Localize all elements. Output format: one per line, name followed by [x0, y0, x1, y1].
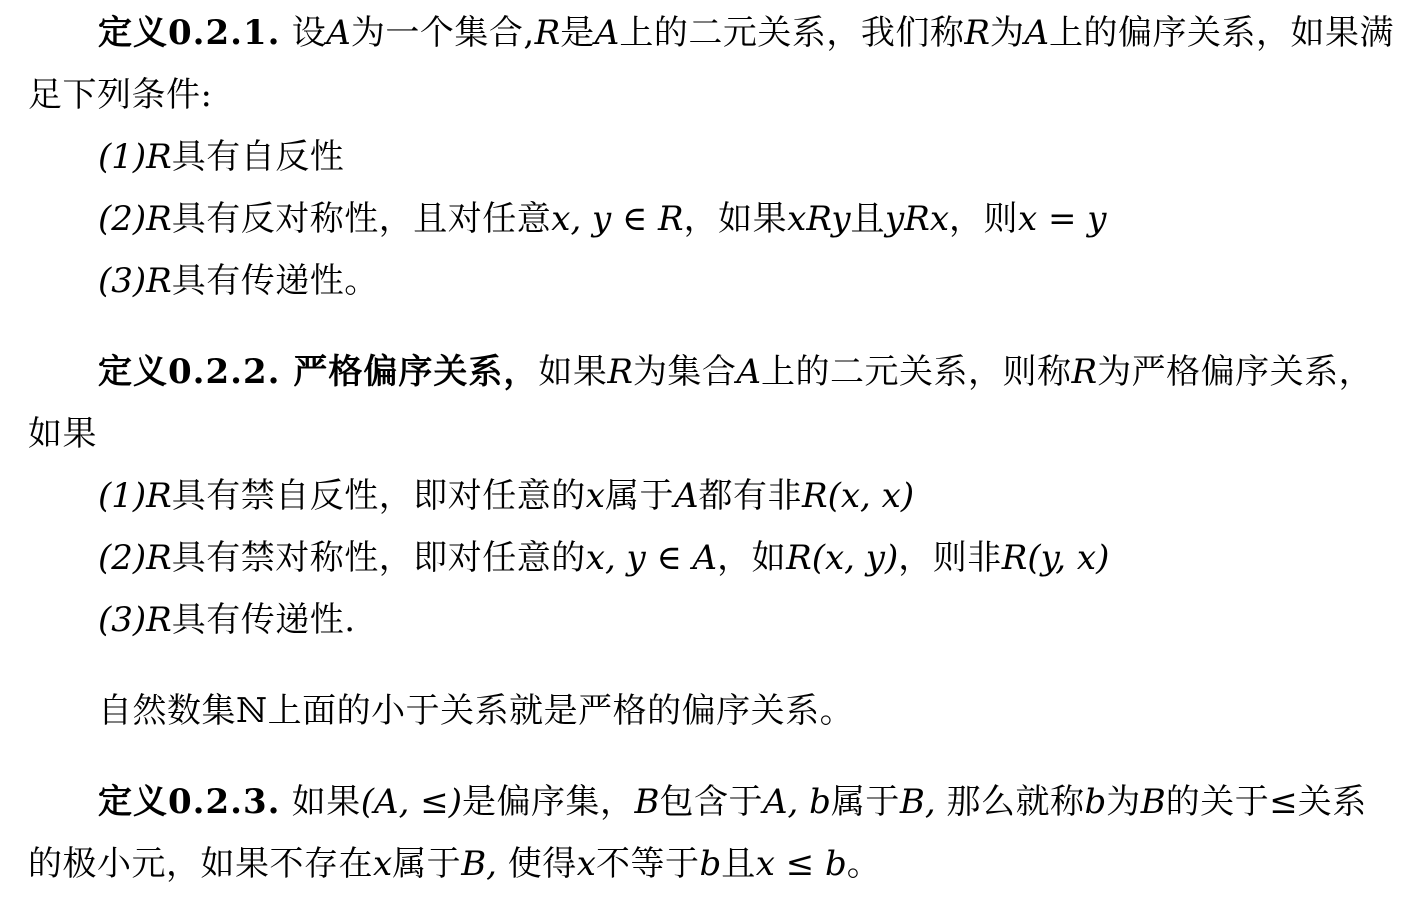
text-segment-math: xRy [787, 199, 850, 239]
text-segment-normal: 都有非 [699, 476, 803, 516]
text-segment-normal: 具有传递性. [172, 600, 356, 640]
text-segment-normal: ，则非 [898, 538, 1002, 578]
text-segment-math: x [373, 844, 392, 884]
text-segment-math: b [699, 844, 721, 884]
document: 定义0.2.1. 设A为一个集合,R是A上的二元关系，我们称R为A上的偏序关系，… [0, 0, 1419, 905]
text-segment-math: R [1072, 352, 1098, 392]
text-segment-normal: ，如 [717, 538, 786, 578]
text-segment-math: (1)R [98, 476, 172, 516]
text-segment-bold: 定义0.2.3. [98, 782, 280, 822]
text-segment-normal: 具有自反性 [172, 137, 345, 177]
text-segment-math: B, [900, 782, 947, 822]
text-segment-math: (3)R [98, 261, 172, 301]
text-segment-normal: 自然数集ℕ上面的小于关系就是严格的偏序关系。 [98, 691, 854, 731]
text-segment-normal: ，如果 [684, 199, 788, 239]
text-segment-math: A [736, 352, 761, 392]
text-segment-math: R [964, 13, 990, 53]
text-segment-math: (1)R [98, 137, 172, 177]
text-segment-math: B [634, 782, 659, 822]
text-segment-normal: 上的二元关系，我们称 [619, 13, 964, 53]
text-segment-normal: 不等于 [596, 844, 700, 884]
text-segment-normal: 使得 [508, 844, 577, 884]
text-segment-normal: 具有禁自反性，即对任意的 [172, 476, 586, 516]
def2-condition-1: (1)R具有禁自反性，即对任意的x属于A都有非R(x, x) [28, 465, 1394, 527]
text-segment-normal: 包含于 [659, 782, 763, 822]
text-segment-math: (3)R [98, 600, 172, 640]
text-segment-math: A [326, 13, 351, 53]
def1-condition-2: (2)R具有反对称性，且对任意x, y ∈ R，如果xRy且yRx，则x = y [28, 188, 1394, 250]
text-segment-normal: 是偏序集， [462, 782, 635, 822]
text-segment-math: yRx [885, 199, 949, 239]
text-segment-normal: 设 [280, 13, 326, 53]
text-segment-normal: 属于 [392, 844, 461, 884]
text-segment-normal: 具有反对称性，且对任意 [172, 199, 552, 239]
text-segment-normal: 的关于 [1166, 782, 1270, 822]
text-segment-math: x [586, 476, 605, 516]
text-segment-math: (A, ≤) [361, 782, 462, 822]
definition-0-2-2: 定义0.2.2. 严格偏序关系，如果R为集合A上的二元关系，则称R为严格偏序关系… [28, 341, 1394, 465]
text-segment-math: R [607, 352, 633, 392]
text-segment-normal: 为一个集合, [351, 13, 535, 53]
text-segment-math: A [674, 476, 699, 516]
text-segment-math: x, y ∈ R [551, 199, 683, 239]
definition-0-2-3: 定义0.2.3. 如果(A, ≤)是偏序集，B包含于A, b属于B, 那么就称b… [28, 771, 1394, 895]
text-segment-math: ≤ [1269, 782, 1298, 822]
text-segment-normal: 那么就称 [947, 782, 1085, 822]
text-segment-normal: ，则 [949, 199, 1018, 239]
document-content: 定义0.2.1. 设A为一个集合,R是A上的二元关系，我们称R为A上的偏序关系，… [28, 2, 1394, 895]
text-segment-normal: 且 [721, 844, 756, 884]
text-segment-math: R(y, x) [1002, 538, 1110, 578]
page: { "page": { "background": "#ffffff", "te… [0, 0, 1419, 905]
text-segment-math: R [535, 13, 561, 53]
text-segment-normal: 具有禁对称性，即对任意的 [172, 538, 586, 578]
text-segment-normal: 如果 [538, 352, 607, 392]
text-segment-normal: 是 [560, 13, 595, 53]
text-segment-math: R(x, x) [802, 476, 914, 516]
text-segment-normal: 为 [1106, 782, 1141, 822]
text-segment-math: A, [763, 782, 809, 822]
remark-natural-numbers: 自然数集ℕ上面的小于关系就是严格的偏序关系。 [28, 680, 1394, 742]
text-segment-math: x [577, 844, 596, 884]
text-segment-math: x, y ∈ A [586, 538, 717, 578]
text-segment-math: B [1141, 782, 1166, 822]
text-segment-normal: 具有传递性。 [172, 261, 379, 301]
text-segment-normal: 。 [847, 844, 882, 884]
text-segment-math: (2)R [98, 538, 172, 578]
text-segment-math: b [1085, 782, 1107, 822]
text-segment-normal: 属于 [605, 476, 674, 516]
text-segment-math: A [1024, 13, 1049, 53]
definition-0-2-1: 定义0.2.1. 设A为一个集合,R是A上的二元关系，我们称R为A上的偏序关系，… [28, 2, 1394, 126]
text-segment-normal: 且 [851, 199, 886, 239]
text-segment-math: R(x, y) [786, 538, 898, 578]
text-segment-math: B, [461, 844, 508, 884]
text-segment-math: x = y [1018, 199, 1107, 239]
text-segment-math: A [595, 13, 620, 53]
text-segment-math: (2)R [98, 199, 172, 239]
def1-condition-1: (1)R具有自反性 [28, 126, 1394, 188]
def1-condition-3: (3)R具有传递性。 [28, 250, 1394, 312]
text-segment-normal: 上的二元关系，则称 [761, 352, 1072, 392]
text-segment-normal: 如果 [280, 782, 360, 822]
text-segment-math: x ≤ b [756, 844, 847, 884]
text-segment-normal: 属于 [831, 782, 900, 822]
text-segment-normal: 为集合 [633, 352, 737, 392]
def2-condition-2: (2)R具有禁对称性，即对任意的x, y ∈ A，如R(x, y)，则非R(y,… [28, 527, 1394, 589]
text-segment-bold: 定义0.2.2. 严格偏序关系， [98, 352, 538, 392]
text-segment-bold: 定义0.2.1. [98, 13, 280, 53]
text-segment-math: b [809, 782, 831, 822]
def2-condition-3: (3)R具有传递性. [28, 589, 1394, 651]
text-segment-normal: 为 [990, 13, 1025, 53]
